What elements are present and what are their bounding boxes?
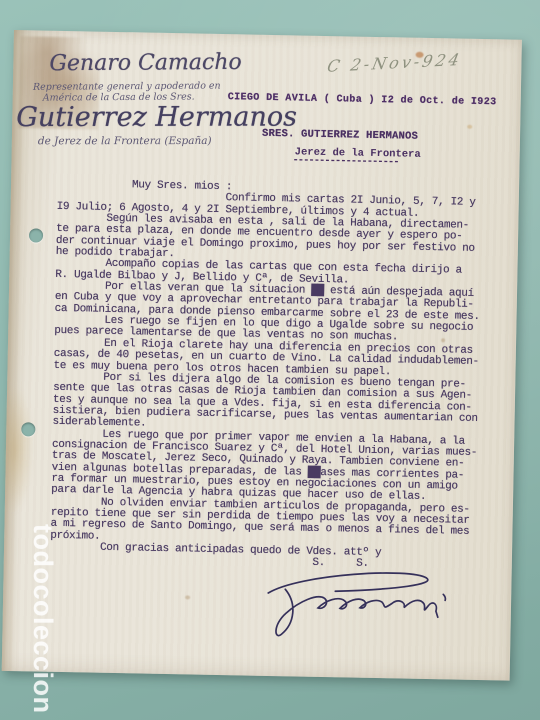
todocoleccion-watermark: todocoleccion [27,524,58,714]
stain-left-middle [5,385,35,516]
addressee: SRES. GUTIERREZ HERMANOS [262,128,418,143]
letterhead-company-origin: de Jerez de la Frontera (España) [38,135,212,147]
letter-body: Muy Sres. mios : Confirmo mis cartas 2I … [50,179,527,574]
punch-hole-bottom [21,422,35,436]
letterhead-company: Gutierrez Hermanos [16,102,297,133]
addressee-city-underline: -------------------- [292,154,398,168]
foxing-dot [467,125,472,129]
handwritten-date-note: C 2-Nov-924 [326,50,464,76]
signature [264,563,471,652]
letter-document: Genaro Camacho Representante general y a… [2,30,522,681]
photo-background: Genaro Camacho Representante general y a… [0,0,540,720]
punch-hole-top [29,228,43,242]
foxing-dot [185,595,190,599]
letterhead-agent-name: Genaro Camacho [49,50,241,76]
